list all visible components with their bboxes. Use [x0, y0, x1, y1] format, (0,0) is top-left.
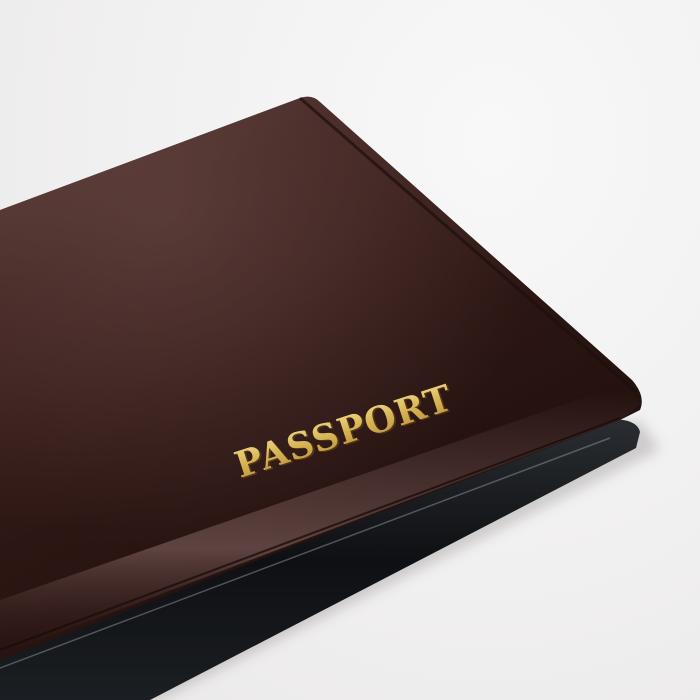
passport-cover-illustration: PASSPORT PASSPORT: [0, 0, 700, 700]
product-photo: PASSPORT PASSPORT PASSPORT: [0, 0, 700, 700]
